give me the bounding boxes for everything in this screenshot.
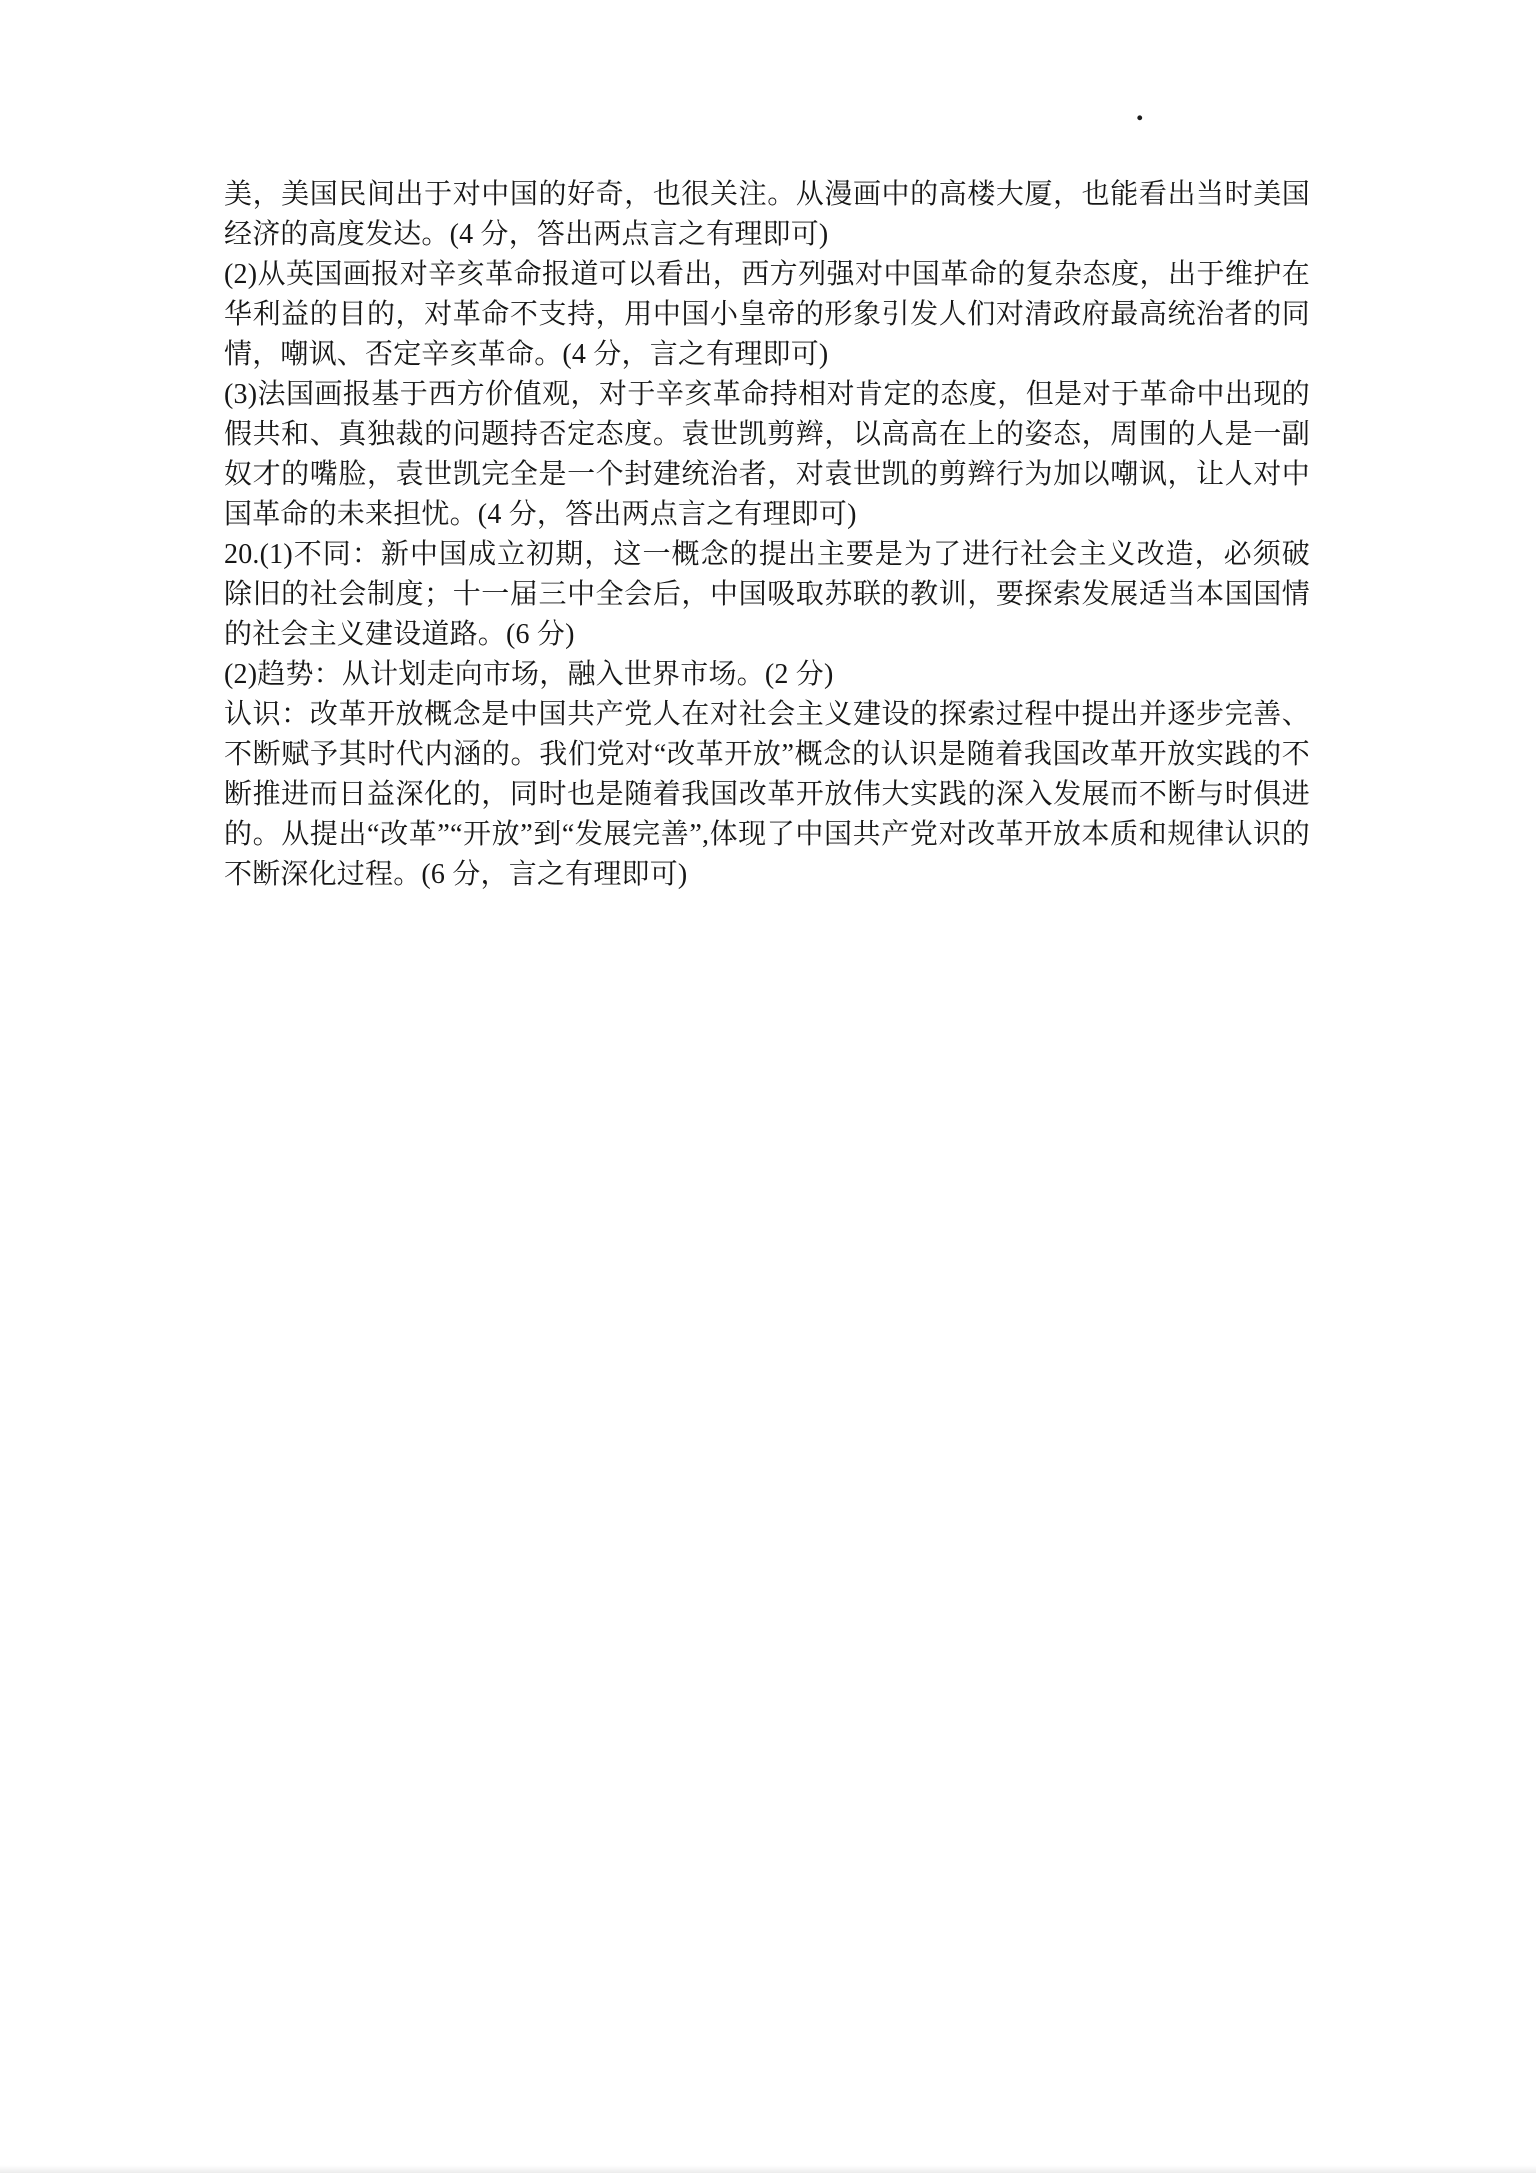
document-page: . 美，美国民间出于对中国的好奇，也很关注。从漫画中的高楼大厦，也能看出当时美国… [0,0,1536,2173]
text-line: 美，美国民间出于对中国的好奇，也很关注。从漫画中的高楼大厦，也能看出当时美国 [224,175,1310,215]
text-line: 情，嘲讽、否定辛亥革命。(4 分，言之有理即可) [224,335,1310,375]
text-line: 断推进而日益深化的，同时也是随着我国改革开放伟大实践的深入发展而不断与时俱进 [224,775,1310,815]
text-line: 经济的高度发达。(4 分，答出两点言之有理即可) [224,215,1310,255]
text-line: 除旧的社会制度；十一届三中全会后，中国吸取苏联的教训，要探索发展适当本国国情 [224,575,1310,615]
page-scan-edge [0,2165,1536,2173]
answer-text-block: 美，美国民间出于对中国的好奇，也很关注。从漫画中的高楼大厦，也能看出当时美国 经… [224,175,1310,895]
text-line: 不断赋予其时代内涵的。我们党对“改革开放”概念的认识是随着我国改革开放实践的不 [224,735,1310,775]
text-line: (2)趋势：从计划走向市场，融入世界市场。(2 分) [224,655,1310,695]
text-line: 的。从提出“改革”“开放”到“发展完善”,体现了中国共产党对改革开放本质和规律认… [224,815,1310,855]
text-line: 华利益的目的，对革命不支持，用中国小皇帝的形象引发人们对清政府最高统治者的同 [224,295,1310,335]
text-line: 的社会主义建设道路。(6 分) [224,615,1310,655]
stray-dot-mark: . [1136,96,1144,126]
text-line: 20.(1)不同：新中国成立初期，这一概念的提出主要是为了进行社会主义改造，必须… [224,535,1310,575]
text-line: (3)法国画报基于西方价值观，对于辛亥革命持相对肯定的态度，但是对于革命中出现的 [224,375,1310,415]
text-line: 不断深化过程。(6 分，言之有理即可) [224,855,1310,895]
text-line: (2)从英国画报对辛亥革命报道可以看出，西方列强对中国革命的复杂态度，出于维护在 [224,255,1310,295]
text-line: 认识：改革开放概念是中国共产党人在对社会主义建设的探索过程中提出并逐步完善、 [224,695,1310,735]
text-line: 奴才的嘴脸，袁世凯完全是一个封建统治者，对袁世凯的剪辫行为加以嘲讽，让人对中 [224,455,1310,495]
text-line: 国革命的未来担忧。(4 分，答出两点言之有理即可) [224,495,1310,535]
text-line: 假共和、真独裁的问题持否定态度。袁世凯剪辫，以高高在上的姿态，周围的人是一副 [224,415,1310,455]
